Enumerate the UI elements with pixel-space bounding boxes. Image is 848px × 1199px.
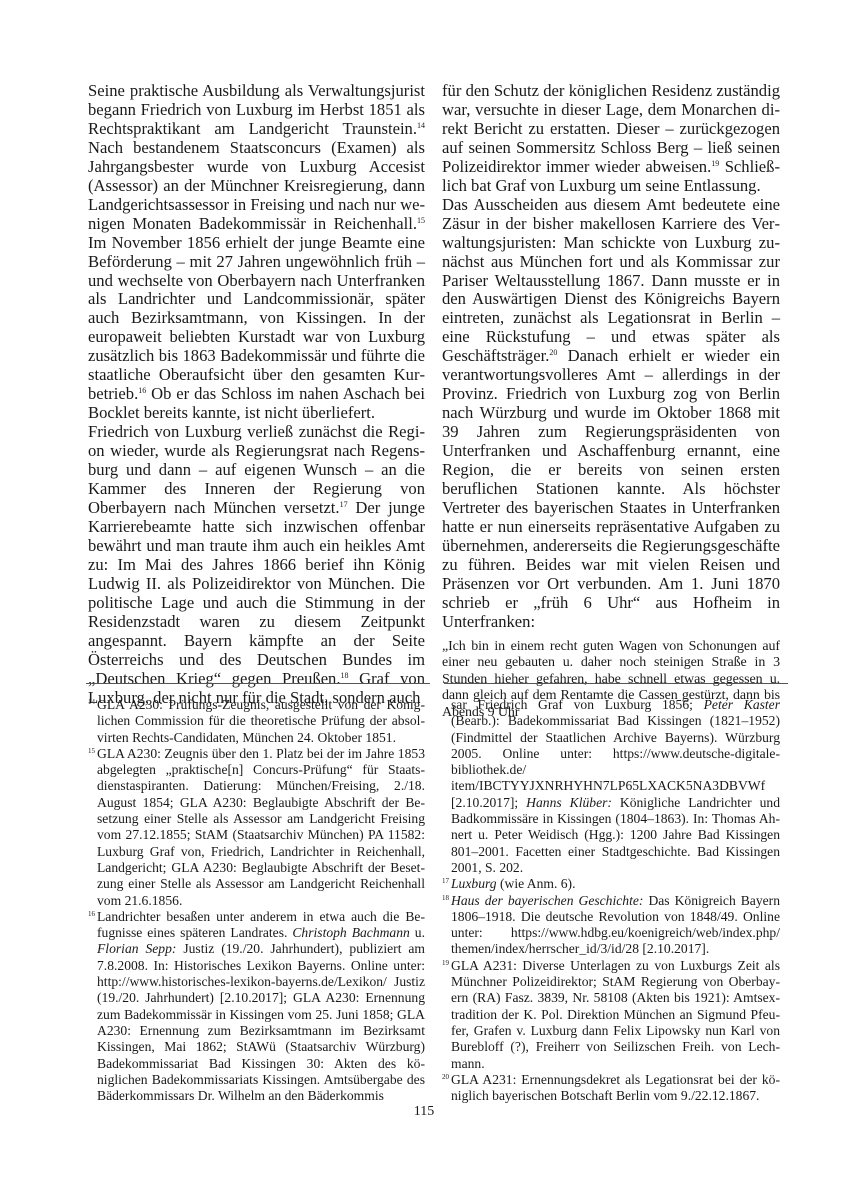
footnote-16: 16Landrichter besaßen unter anderem in e… bbox=[88, 909, 425, 1105]
footnote-17: 17Luxburg (wie Anm. 6). bbox=[442, 876, 780, 892]
author-name: Hanns Klüber: bbox=[526, 795, 612, 810]
footnote-separator-left bbox=[86, 683, 430, 684]
footnote-14: 14GLA A230: Prüfungs-Zeugnis, ausgestell… bbox=[88, 697, 425, 746]
footnote-19: 19GLA A231: Diverse Unterlagen zu von Lu… bbox=[442, 958, 780, 1072]
footnote-ref[interactable]: 18 bbox=[341, 671, 349, 680]
footnote-16-continued: sar Friedrich Graf von Luxburg 1856; Pet… bbox=[442, 697, 780, 876]
footnote-ref[interactable]: 14 bbox=[417, 121, 425, 130]
footnote-20: 20GLA A231: Ernennungsdekret als Legatio… bbox=[442, 1072, 780, 1105]
body-column-left: Seine praktische Ausbildung als Verwaltu… bbox=[88, 82, 425, 707]
author-name: Christoph Bachmann bbox=[292, 925, 409, 940]
paragraph: für den Schutz der königlichen Residenz … bbox=[442, 82, 780, 196]
footnotes-column-right: sar Friedrich Graf von Luxburg 1856; Pet… bbox=[442, 697, 780, 1104]
footnotes-column-left: 14GLA A230: Prüfungs-Zeugnis, ausgestell… bbox=[88, 697, 425, 1104]
author-name: Peter Kaster bbox=[704, 697, 780, 712]
footnote-ref[interactable]: 17 bbox=[340, 500, 348, 509]
author-name: Luxburg bbox=[451, 876, 497, 891]
footnote-separator-right bbox=[444, 683, 788, 684]
paragraph: Das Ausscheiden aus diesem Amt bedeutete… bbox=[442, 196, 780, 632]
paragraph: Friedrich von Luxburg verließ zunächst d… bbox=[88, 423, 425, 707]
author-name: Florian Sepp: bbox=[97, 941, 176, 956]
footnote-ref[interactable]: 15 bbox=[417, 216, 425, 225]
page-number: 115 bbox=[0, 1104, 848, 1120]
body-column-right: für den Schutz der königlichen Residenz … bbox=[442, 82, 780, 722]
author-name: Haus der bayerischen Geschichte: bbox=[451, 893, 643, 908]
footnote-18: 18Haus der bayerischen Geschichte: Das K… bbox=[442, 893, 780, 958]
footnote-15: 15GLA A230: Zeugnis über den 1. Platz be… bbox=[88, 746, 425, 909]
paragraph: Seine praktische Ausbildung als Verwaltu… bbox=[88, 82, 425, 423]
